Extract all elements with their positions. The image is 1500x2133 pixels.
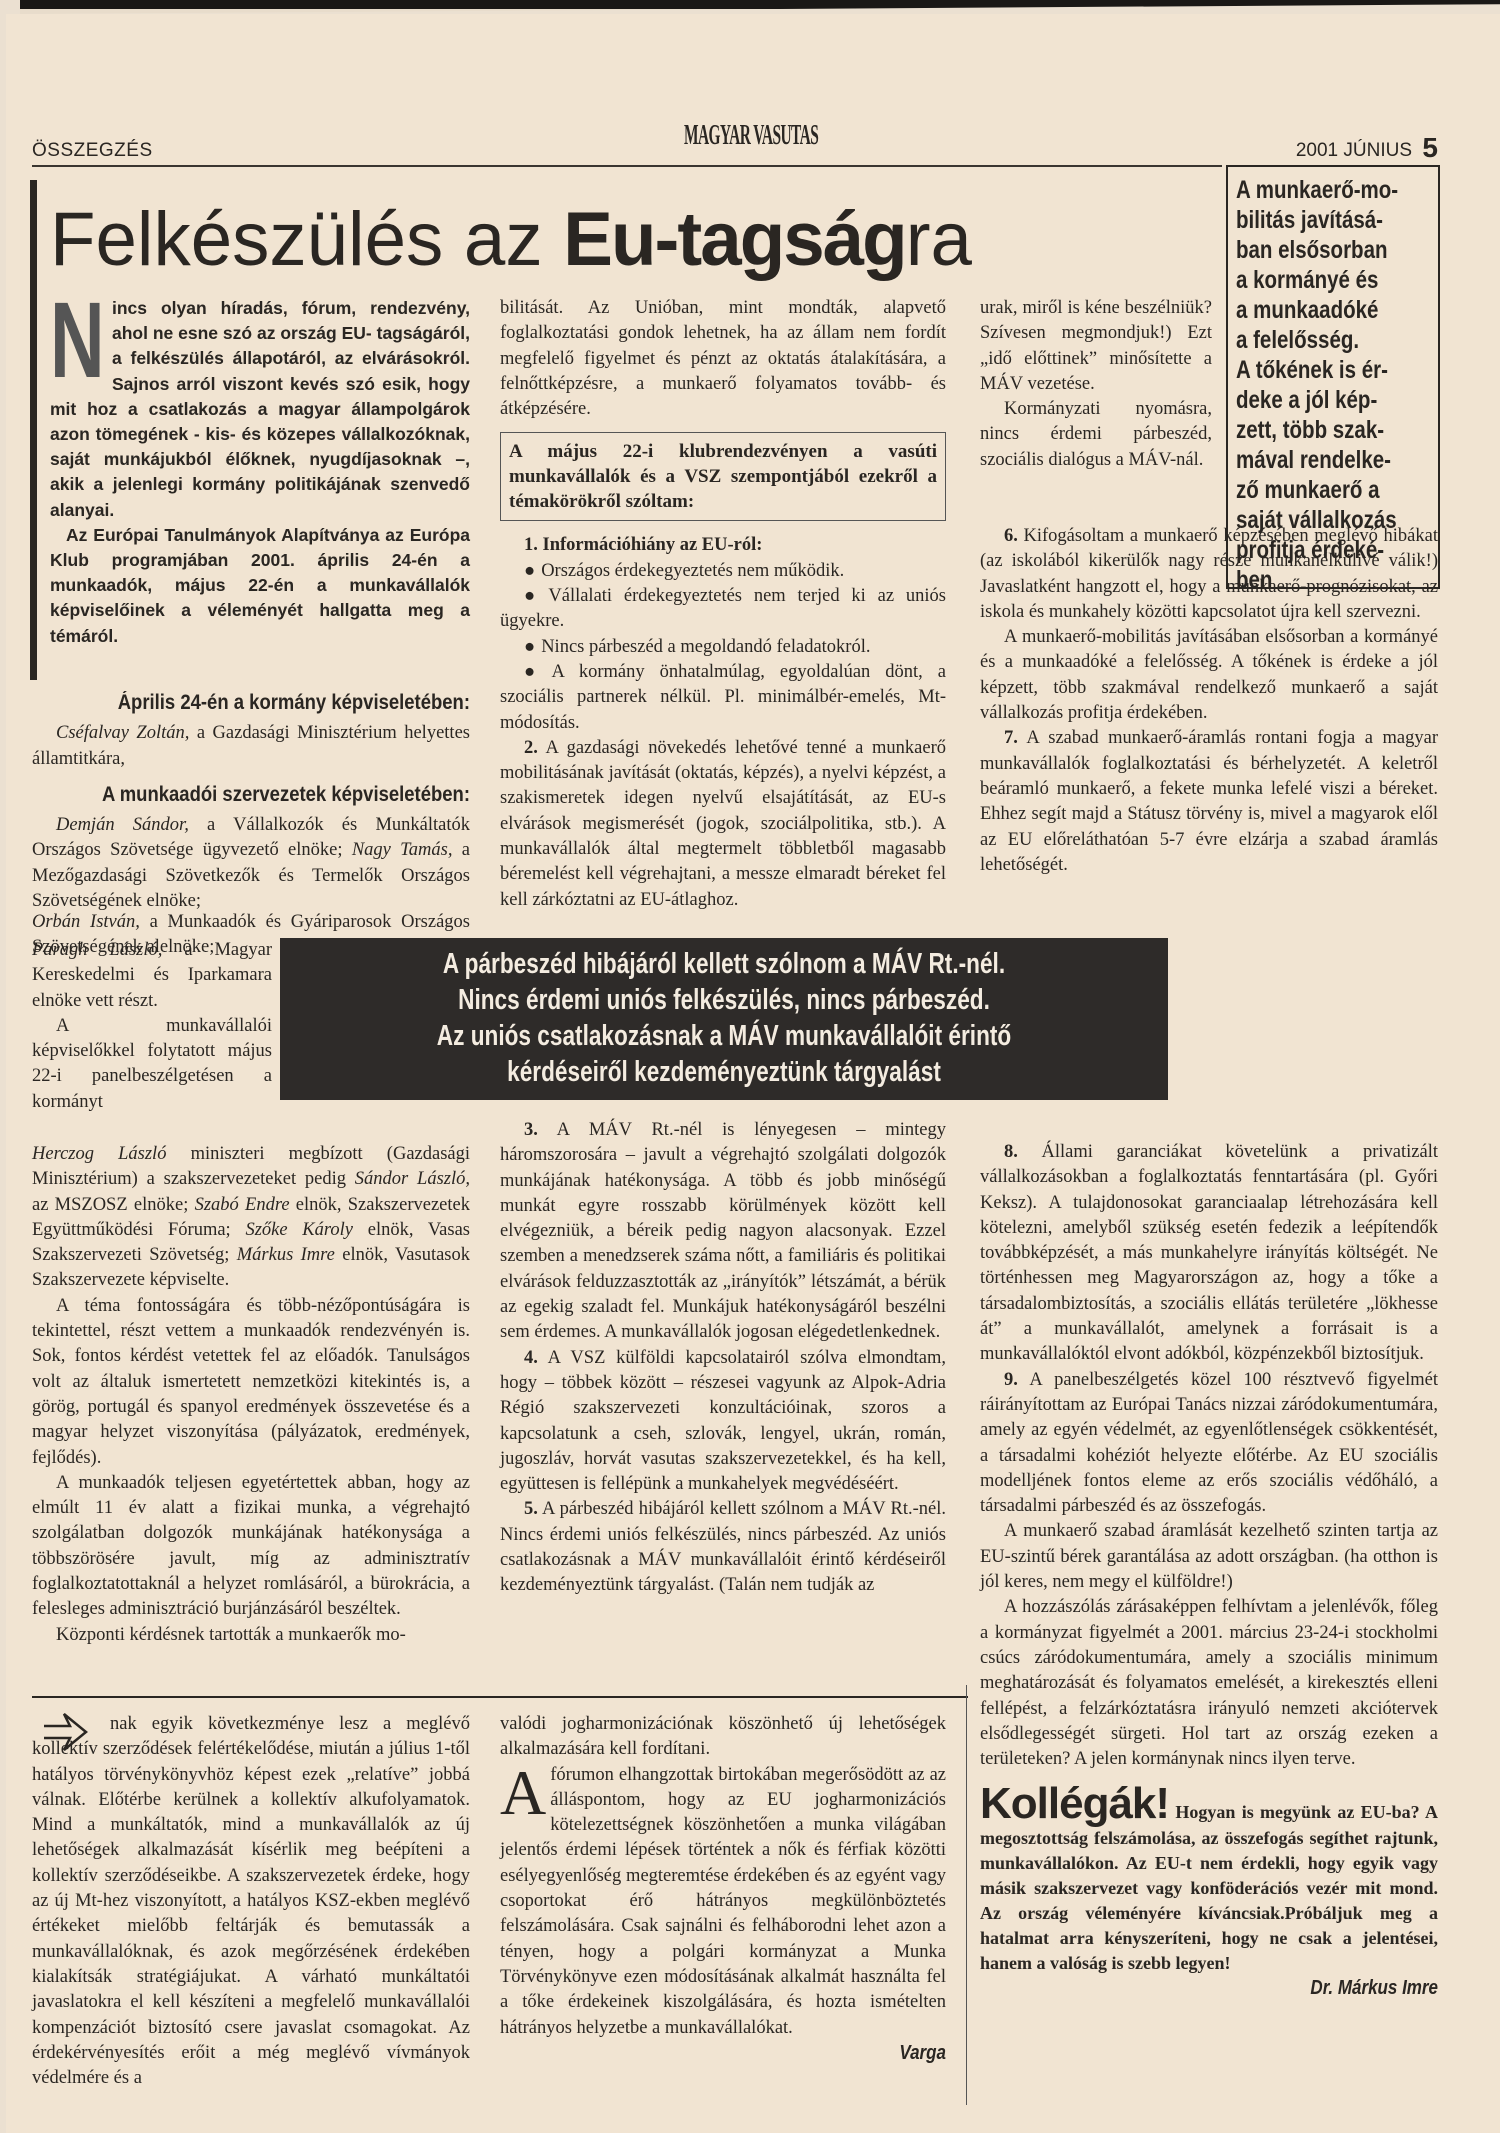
scan-top-edge — [20, 0, 1500, 14]
issue-date: 2001 JÚNIUS — [1296, 140, 1412, 162]
lead-paragraph: N incs olyan híradás, fórum, rendezvény,… — [50, 296, 470, 649]
topics-box-heading: A május 22-i klubrendezvényen a vasúti m… — [500, 432, 946, 521]
column-1-narrow: Paragh László, a Magyar Kereskedelmi és … — [32, 938, 272, 1115]
drop-cap-a: A — [500, 1767, 546, 1819]
page-number: 5 — [1422, 132, 1438, 164]
header-rule — [32, 165, 1222, 167]
column-1: Április 24-én a kormány képviseletében: … — [32, 680, 470, 914]
column-1-lower: Herczog László miniszteri megbízott (Gaz… — [32, 1142, 470, 1648]
bottom-left-text: nak egyik következménye lesz a meglévő k… — [32, 1712, 470, 2091]
column-2-lower: 3. A MÁV Rt.-nél is lényegesen – mintegy… — [500, 1118, 946, 1599]
section-rule — [32, 1696, 968, 1698]
column-2: bilitását. Az Unióban, mint mondták, ala… — [500, 296, 946, 913]
title-accent-bar — [30, 180, 37, 680]
page-header: ÖSSZEGZÉS MAGYAR VASUTAS 2001 JÚNIUS 5 — [32, 134, 1438, 164]
masthead-logo: MAGYAR VASUTAS — [684, 120, 818, 152]
bottom-middle-text: valódi jogharmonizációnak köszönhető új … — [500, 1712, 946, 2066]
highlight-callout: A párbeszéd hibájáról kellett szólnom a … — [280, 938, 1168, 1100]
column-3-lower: 8. Állami garanciákat követelünk a priva… — [980, 1140, 1438, 2002]
subheading-employers: A munkaadói szervezetek képviseletében: — [85, 782, 470, 807]
column-3-top: urak, miről is kéne beszélniük? Szívesen… — [980, 296, 1212, 473]
section-label: ÖSSZEGZÉS — [32, 140, 153, 162]
kollegak-heading: Kollégák! — [980, 1779, 1169, 1828]
drop-cap: N — [50, 300, 88, 380]
author-signature-varga: Varga — [567, 2041, 946, 2066]
subheading-government: Április 24-én a kormány képviseletében: — [85, 690, 470, 715]
column-3: 6. Kifogásoltam a munkaerő képzésében me… — [980, 524, 1438, 878]
author-signature: Dr. Márkus Imre — [1049, 1976, 1438, 2001]
article-title: Felkészülés az Eu-tagságra — [50, 196, 972, 283]
column-divider — [966, 1685, 967, 2105]
kollegak-appeal: Kollégák! Hogyan is megyünk az EU-ba? A … — [980, 1782, 1438, 1976]
